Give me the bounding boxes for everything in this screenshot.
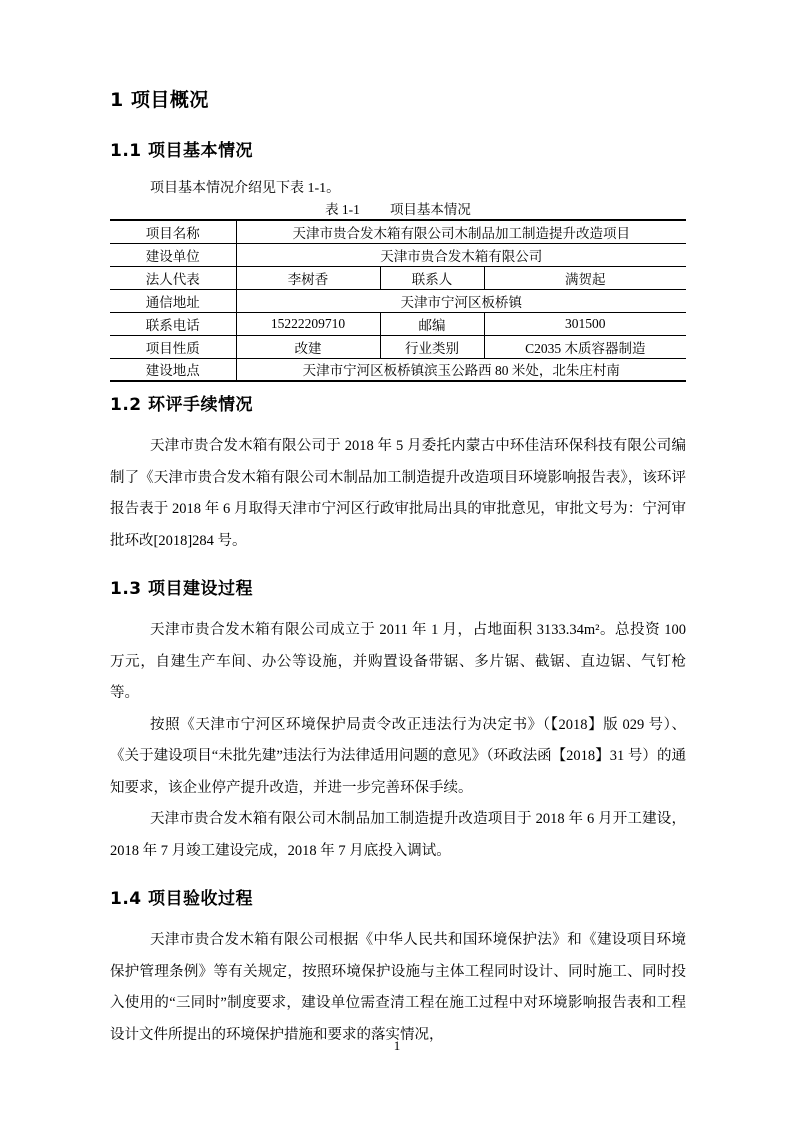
table-value-cell: 天津市贵合发木箱有限公司木制品加工制造提升改造项目 xyxy=(236,220,686,243)
table-row: 项目性质改建行业类别C2035 木质容器制造 xyxy=(110,335,686,358)
section-1-3: 1.3 项目建设过程 天津市贵合发木箱有限公司成立于 2011 年 1 月，占地… xyxy=(110,578,686,867)
page-number: 1 xyxy=(0,1038,794,1054)
table-label-cell: 法人代表 xyxy=(110,266,236,289)
table-label-cell: 项目性质 xyxy=(110,335,236,358)
table-label-cell: 建设地点 xyxy=(110,358,236,381)
section-1-4-paragraph: 天津市贵合发木箱有限公司根据《中华人民共和国环境保护法》和《建设项目环境保护管理… xyxy=(110,925,686,1051)
table-value-cell: C2035 木质容器制造 xyxy=(484,335,686,358)
table-row: 建设单位天津市贵合发木箱有限公司 xyxy=(110,243,686,266)
table-value-cell: 邮编 xyxy=(380,312,484,335)
section-1-3-paragraph-1: 天津市贵合发木箱有限公司成立于 2011 年 1 月，占地面积 3133.34m… xyxy=(110,615,686,710)
table-value-cell: 改建 xyxy=(236,335,380,358)
table-row: 联系电话15222209710邮编301500 xyxy=(110,312,686,335)
section-1-2-paragraph: 天津市贵合发木箱有限公司于 2018 年 5 月委托内蒙古中环佳洁环保科技有限公… xyxy=(110,431,686,557)
table-value-cell: 15222209710 xyxy=(236,312,380,335)
table-row: 法人代表李树香联系人满贺起 xyxy=(110,266,686,289)
table-label-cell: 项目名称 xyxy=(110,220,236,243)
table-label-cell: 联系电话 xyxy=(110,312,236,335)
table-label-cell: 建设单位 xyxy=(110,243,236,266)
section-1-3-paragraph-3: 天津市贵合发木箱有限公司木制品加工制造提升改造项目于 2018 年 6 月开工建… xyxy=(110,804,686,867)
chapter-title: 1 项目概况 xyxy=(110,88,686,113)
basic-info-table-body: 项目名称天津市贵合发木箱有限公司木制品加工制造提升改造项目建设单位天津市贵合发木… xyxy=(110,220,686,381)
table-value-cell: 满贺起 xyxy=(484,266,686,289)
section-1-2-title: 1.2 环评手续情况 xyxy=(110,394,686,417)
table-value-cell: 天津市宁河区板桥镇 xyxy=(236,289,686,312)
table-value-cell: 天津市贵合发木箱有限公司 xyxy=(236,243,686,266)
table-caption: 表 1-1项目基本情况 xyxy=(110,201,686,218)
table-row: 项目名称天津市贵合发木箱有限公司木制品加工制造提升改造项目 xyxy=(110,220,686,243)
table-value-cell: 301500 xyxy=(484,312,686,335)
table-value-cell: 李树香 xyxy=(236,266,380,289)
section-1-3-paragraph-2: 按照《天津市宁河区环境保护局责令改正违法行为决定书》（【2018】版 029 号… xyxy=(110,710,686,805)
table-row: 通信地址天津市宁河区板桥镇 xyxy=(110,289,686,312)
section-1-4-title: 1.4 项目验收过程 xyxy=(110,888,686,911)
basic-info-table: 项目名称天津市贵合发木箱有限公司木制品加工制造提升改造项目建设单位天津市贵合发木… xyxy=(110,219,686,382)
table-value-cell: 天津市宁河区板桥镇滨玉公路西 80 米处，北朱庄村南 xyxy=(236,358,686,381)
document-page: 1 项目概况 1.1 项目基本情况 项目基本情况介绍见下表 1-1。 表 1-1… xyxy=(0,0,794,1123)
table-caption-title: 项目基本情况 xyxy=(390,202,471,217)
table-value-cell: 联系人 xyxy=(380,266,484,289)
table-value-cell: 行业类别 xyxy=(380,335,484,358)
section-1-1-title: 1.1 项目基本情况 xyxy=(110,140,686,163)
table-caption-label: 表 1-1 xyxy=(325,202,360,217)
section-1-3-title: 1.3 项目建设过程 xyxy=(110,578,686,601)
table-row: 建设地点天津市宁河区板桥镇滨玉公路西 80 米处，北朱庄村南 xyxy=(110,358,686,381)
section-1-4: 1.4 项目验收过程 天津市贵合发木箱有限公司根据《中华人民共和国环境保护法》和… xyxy=(110,888,686,1051)
section-1-2: 1.2 环评手续情况 天津市贵合发木箱有限公司于 2018 年 5 月委托内蒙古… xyxy=(110,394,686,557)
table-label-cell: 通信地址 xyxy=(110,289,236,312)
section-1-1-intro: 项目基本情况介绍见下表 1-1。 xyxy=(110,177,686,201)
section-1-1: 1.1 项目基本情况 项目基本情况介绍见下表 1-1。 表 1-1项目基本情况 … xyxy=(110,140,686,382)
